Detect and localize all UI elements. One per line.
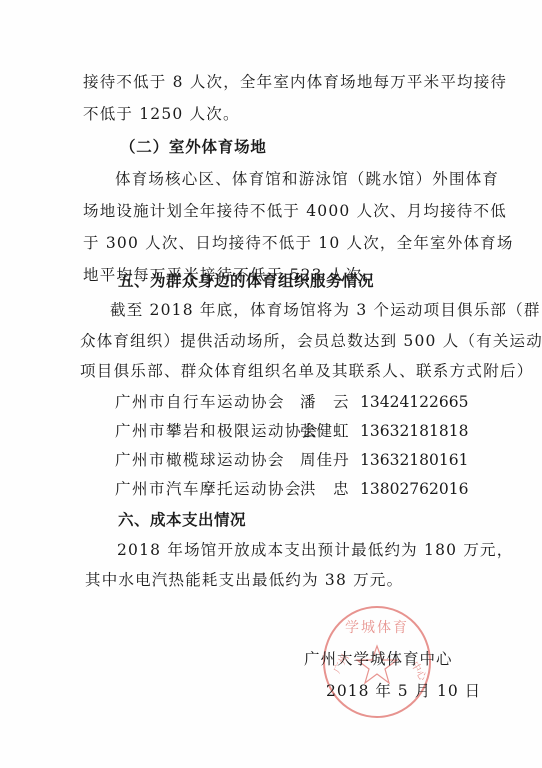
organization-name: 广州市橄榄球运动协会 bbox=[115, 450, 300, 470]
body-text-line: 于 300 人次、日均接待不低于 10 人次，全年室外体育场 bbox=[83, 233, 514, 253]
organization-name: 广州市汽车摩托运动协会 bbox=[115, 479, 300, 499]
body-text-line: 截至 2018 年底，体育场馆将为 3 个运动项目俱乐部（群 bbox=[110, 300, 541, 320]
organization-name: 广州市自行车运动协会 bbox=[115, 392, 300, 412]
contact-person: 张健虹 bbox=[300, 421, 360, 441]
body-text-line: 体育场核心区、体育馆和游泳馆（跳水馆）外围体育 bbox=[115, 169, 499, 189]
body-text-line: 众体育组织）提供活动场所，会员总数达到 500 人（有关运动 bbox=[80, 331, 542, 351]
body-text-line: 场地设施计划全年接待不低于 4000 人次、月均接待不低 bbox=[83, 201, 507, 221]
section-heading-outdoor: （二）室外体育场地 bbox=[120, 137, 267, 157]
body-text-line: 2018 年场馆开放成本支出预计最低约为 180 万元， bbox=[117, 540, 513, 560]
organization-row: 广州市橄榄球运动协会周佳丹13632180161 bbox=[115, 450, 468, 470]
svg-text:学城体育: 学城体育 bbox=[345, 619, 409, 636]
body-text-line: 其中水电汽热能耗支出最低约为 38 万元。 bbox=[85, 570, 403, 590]
contact-person: 洪 忠 bbox=[300, 479, 360, 499]
contact-phone: 13632181818 bbox=[360, 421, 468, 441]
organization-row: 广州市攀岩和极限运动协会张健虹13632181818 bbox=[115, 421, 468, 441]
document-page: 接待不低于 8 人次，全年室内体育场地每万平米平均接待 不低于 1250 人次。… bbox=[0, 0, 542, 768]
body-text-line: 接待不低于 8 人次，全年室内体育场地每万平米平均接待 bbox=[83, 72, 507, 92]
contact-person: 潘 云 bbox=[300, 392, 360, 412]
signature-date: 2018 年 5 月 10 日 bbox=[326, 681, 481, 701]
contact-phone: 13424122665 bbox=[360, 392, 468, 412]
organization-name: 广州市攀岩和极限运动协会 bbox=[115, 421, 300, 441]
section-heading-six: 六、成本支出情况 bbox=[118, 510, 246, 530]
contact-person: 周佳丹 bbox=[300, 450, 360, 470]
organization-row: 广州市自行车运动协会潘 云13424122665 bbox=[115, 392, 468, 412]
section-heading-five: 五、为群众身边的体育组织服务情况 bbox=[118, 271, 374, 291]
body-text-line: 项目俱乐部、群众体育组织名单及其联系人、联系方式附后） bbox=[80, 361, 534, 381]
body-text-line: 不低于 1250 人次。 bbox=[83, 104, 240, 124]
contact-phone: 13802762016 bbox=[360, 479, 468, 499]
signature-organization: 广州大学城体育中心 bbox=[304, 649, 453, 669]
contact-phone: 13632180161 bbox=[360, 450, 468, 470]
organization-row: 广州市汽车摩托运动协会洪 忠13802762016 bbox=[115, 479, 468, 499]
